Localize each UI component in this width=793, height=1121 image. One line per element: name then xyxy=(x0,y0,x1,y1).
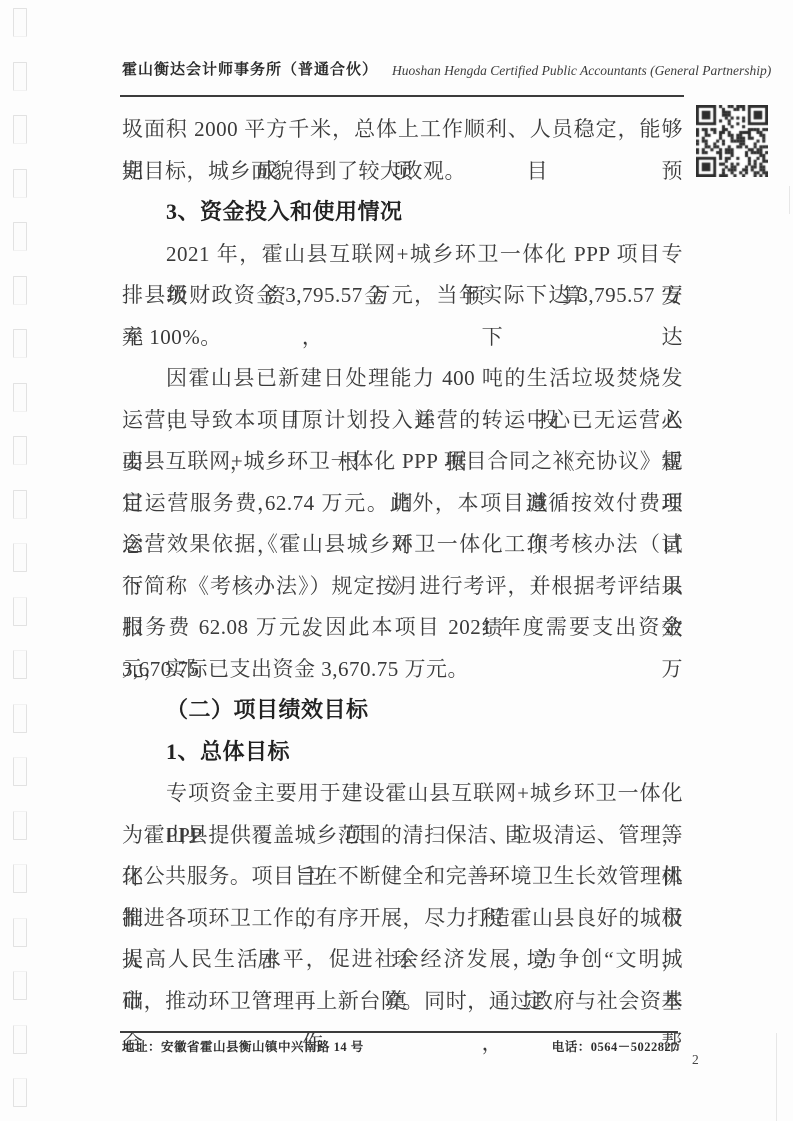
document-page: 霍山衡达会计师事务所（普通合伙） Huoshan Hengda Certifie… xyxy=(0,0,793,1121)
body-line: 率 100%。 xyxy=(122,316,683,358)
body-line: 服务费 62.08 万元。因此本项目 2021 年度需要支出资金 3,670.7… xyxy=(122,606,683,648)
scan-edge-artifact xyxy=(789,186,790,214)
binding-hole xyxy=(13,436,27,465)
qr-code-icon xyxy=(696,105,768,177)
body-line: 下简称《考核办法》）规定按月进行考评，并根据考评结果扣发绩效 xyxy=(122,565,683,607)
body-line: 元，实际已支出资金 3,670.75 万元。 xyxy=(122,648,683,690)
section-heading: （二）项目绩效目标 xyxy=(122,689,683,731)
binding-hole xyxy=(13,918,27,947)
body-line: 提高人民生活水平，促进社会经济发展，为争创“文明城市”奠定基 xyxy=(122,938,683,980)
binding-hole xyxy=(13,169,27,198)
body-line: 推进各项环卫工作的有序开展，尽力打造霍山县良好的城市人居环境， xyxy=(122,897,683,939)
section-heading: 1、总体目标 xyxy=(122,731,683,773)
binding-hole xyxy=(13,543,27,572)
body-line: 因霍山县已新建日处理能力 400 吨的生活垃圾焚烧发电厂并投入 xyxy=(122,357,683,399)
binding-hole xyxy=(13,276,27,305)
header-divider xyxy=(120,95,684,97)
scan-edge-artifact xyxy=(776,1033,777,1121)
page-number: 2 xyxy=(692,1052,699,1068)
binding-hole xyxy=(13,864,27,893)
binding-hole xyxy=(13,115,27,144)
body-line: 目运营服务费 62.74 万元。此外，本项目遵循按效付费理念，对项目 xyxy=(122,482,683,524)
binding-hole xyxy=(13,811,27,840)
body-line: 运营效果依据《霍山县城乡环卫一体化工作考核办法（试行）》（以 xyxy=(122,523,683,565)
binding-hole xyxy=(13,971,27,1000)
binding-hole xyxy=(13,757,27,786)
footer-address: 地址：安徽省霍山县衡山镇中兴南路 14 号 xyxy=(122,1037,364,1055)
body-line: 圾面积 2000 平方千米，总体上工作顺利、人员稳定，能够完成项目预 xyxy=(122,108,683,150)
footer-divider xyxy=(120,1031,678,1033)
firm-name-english: Huoshan Hengda Certified Public Accounta… xyxy=(378,63,771,79)
binding-hole xyxy=(13,1025,27,1054)
binding-hole xyxy=(13,383,27,412)
page-header: 霍山衡达会计师事务所（普通合伙） Huoshan Hengda Certifie… xyxy=(122,58,683,79)
binding-hole xyxy=(13,222,27,251)
binding-hole xyxy=(13,62,27,91)
binding-hole xyxy=(13,597,27,626)
body-line: 为霍山县提供覆盖城乡范围的清扫保洁、垃圾清运、管理等环卫一体 xyxy=(122,814,683,856)
body-line: 2021 年，霍山县互联网+城乡环卫一体化 PPP 项目专项资金预算安 xyxy=(122,233,683,275)
page-footer: 地址：安徽省霍山县衡山镇中兴南路 14 号 电话：0564－5022827 xyxy=(122,1037,678,1055)
body-line: 期目标，城乡面貌得到了较大改观。 xyxy=(122,150,683,192)
section-heading: 3、资金投入和使用情况 xyxy=(122,191,683,233)
firm-name-chinese: 霍山衡达会计师事务所（普通合伙） xyxy=(122,58,378,79)
binding-hole xyxy=(13,704,27,733)
footer-phone: 电话：0564－5022827 xyxy=(552,1037,678,1055)
binding-hole xyxy=(13,329,27,358)
body-line: 化公共服务。项目旨在不断健全和完善环境卫生长效管理机制，积极 xyxy=(122,855,683,897)
body-line: 运营，导致本项目原计划投入运营的转运中心已无运营必要，根据《霍 xyxy=(122,399,683,441)
body-line: 排县级财政资金 3,795.57 万元，当年实际下达 3,795.57 万元，下… xyxy=(122,274,683,316)
binding-hole xyxy=(13,490,27,519)
body-line: 础，推动环卫管理再上新台阶。同时，通过政府与社会资本合作，帮 xyxy=(122,980,683,1022)
body-line: 山县互联网+城乡环卫一体化 PPP 项目合同之补充协议》规定，调减项 xyxy=(122,440,683,482)
binding-hole xyxy=(13,650,27,679)
binding-hole xyxy=(13,1078,27,1107)
body-line: 专项资金主要用于建设霍山县互联网+城乡环卫一体化 PPP 项目， xyxy=(122,772,683,814)
binding-hole xyxy=(13,8,27,37)
